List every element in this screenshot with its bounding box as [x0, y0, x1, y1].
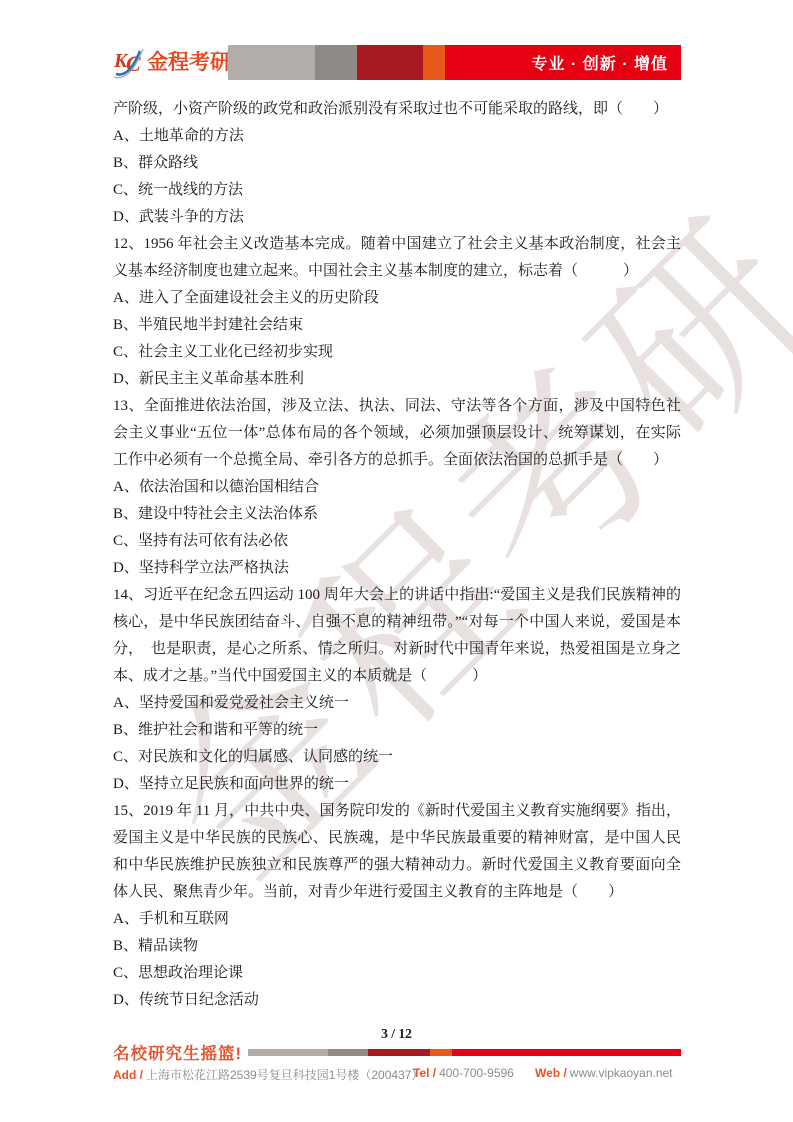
option-item: B、半殖民地半封建社会结束: [113, 312, 681, 339]
footer-contact-row: Add /上海市松花江路2539号复旦科技园1号楼（200437） Tel /4…: [113, 1066, 681, 1084]
header-banner: 专业 · 创新 · 增值: [228, 45, 681, 80]
option-item: A、手机和互联网: [113, 906, 681, 933]
page-header: K C 金程考研 专业 · 创新 · 增值: [113, 45, 681, 80]
option-item: D、坚持科学立法严格执法: [113, 555, 681, 582]
web-field: Web /www.vipkaoyan.net: [535, 1066, 673, 1080]
banner-segment-orange: [423, 45, 445, 80]
option-item: C、思想政治理论课: [113, 960, 681, 987]
question-14: 14、习近平在纪念五四运动 100 周年大会上的讲话中指出:“爱国主义是我们民族…: [113, 582, 681, 798]
header-slogan: 专业 · 创新 · 增值: [532, 51, 668, 74]
tel-label: Tel /: [413, 1066, 436, 1080]
question-stem: 产阶级，小资产阶级的政党和政治派别没有采取过也不可能采取的路线，即（ ）: [113, 96, 681, 123]
question-11-continuation: 产阶级，小资产阶级的政党和政治派别没有采取过也不可能采取的路线，即（ ） A、土…: [113, 96, 681, 231]
option-item: B、建设中特社会主义法治体系: [113, 501, 681, 528]
kc-logo-icon: K C: [113, 45, 147, 80]
exam-page: { "page": { "number": "3 / 12" }, "heade…: [0, 0, 793, 1122]
tel-field: Tel /400-700-9596: [413, 1066, 514, 1080]
option-item: A、依法治国和以德治国相结合: [113, 474, 681, 501]
option-item: C、坚持有法可依有法必依: [113, 528, 681, 555]
option-item: C、统一战线的方法: [113, 177, 681, 204]
option-item: D、新民主主义革命基本胜利: [113, 366, 681, 393]
option-item: B、精品读物: [113, 933, 681, 960]
option-item: C、对民族和文化的归属感、认同感的统一: [113, 744, 681, 771]
address-value: 上海市松花江路2539号复旦科技园1号楼（200437）: [146, 1068, 423, 1082]
option-item: A、土地革命的方法: [113, 123, 681, 150]
question-stem: 15、2019 年 11 月，中共中央、国务院印发的《新时代爱国主义教育实施纲要…: [113, 798, 681, 906]
footer-banner-row: 名校研究生摇篮!: [113, 1042, 681, 1062]
web-value: www.vipkaoyan.net: [570, 1066, 673, 1080]
banner-segment-midgray: [315, 45, 357, 80]
footer-segment-midgray: [328, 1049, 368, 1056]
banner-segment-lightgray: [228, 45, 315, 80]
address-label: Add /: [113, 1068, 143, 1082]
option-item: B、群众路线: [113, 150, 681, 177]
question-stem: 12、1956 年社会主义改造基本完成。随着中国建立了社会主义基本政治制度，社会…: [113, 231, 681, 285]
option-item: D、坚持立足民族和面向世界的统一: [113, 771, 681, 798]
footer-segment-orange: [430, 1049, 452, 1056]
question-stem: 14、习近平在纪念五四运动 100 周年大会上的讲话中指出:“爱国主义是我们民族…: [113, 582, 681, 690]
company-logo: K C 金程考研: [113, 45, 228, 80]
option-item: D、武装斗争的方法: [113, 204, 681, 231]
option-item: A、坚持爱国和爱党爱社会主义统一: [113, 690, 681, 717]
banner-segment-red: 专业 · 创新 · 增值: [445, 45, 681, 80]
page-footer: 名校研究生摇篮! Add /上海市松花江路2539号复旦科技园1号楼（20043…: [113, 1042, 681, 1084]
option-item: B、维护社会和谐和平等的统一: [113, 717, 681, 744]
question-13: 13、全面推进依法治国，涉及立法、执法、同法、守法等各个方面，涉及中国特色社会主…: [113, 393, 681, 582]
banner-segment-darkred: [357, 45, 423, 80]
address-field: Add /上海市松花江路2539号复旦科技园1号楼（200437）: [113, 1066, 423, 1083]
exam-content: 产阶级，小资产阶级的政党和政治派别没有采取过也不可能采取的路线，即（ ） A、土…: [113, 96, 681, 1014]
option-item: A、进入了全面建设社会主义的历史阶段: [113, 285, 681, 312]
footer-segment-darkred: [368, 1049, 430, 1056]
tel-value: 400-700-9596: [439, 1066, 514, 1080]
question-stem: 13、全面推进依法治国，涉及立法、执法、同法、守法等各个方面，涉及中国特色社会主…: [113, 393, 681, 474]
footer-segment-lightgray: [248, 1049, 328, 1056]
footer-bar: [248, 1049, 681, 1056]
brand-name: 金程考研: [147, 45, 231, 80]
web-label: Web /: [535, 1066, 567, 1080]
option-item: C、社会主义工业化已经初步实现: [113, 339, 681, 366]
question-12: 12、1956 年社会主义改造基本完成。随着中国建立了社会主义基本政治制度，社会…: [113, 231, 681, 393]
question-15: 15、2019 年 11 月，中共中央、国务院印发的《新时代爱国主义教育实施纲要…: [113, 798, 681, 1014]
footer-segment-red: [452, 1049, 681, 1056]
footer-slogan: 名校研究生摇篮!: [113, 1040, 242, 1064]
option-item: D、传统节日纪念活动: [113, 987, 681, 1014]
